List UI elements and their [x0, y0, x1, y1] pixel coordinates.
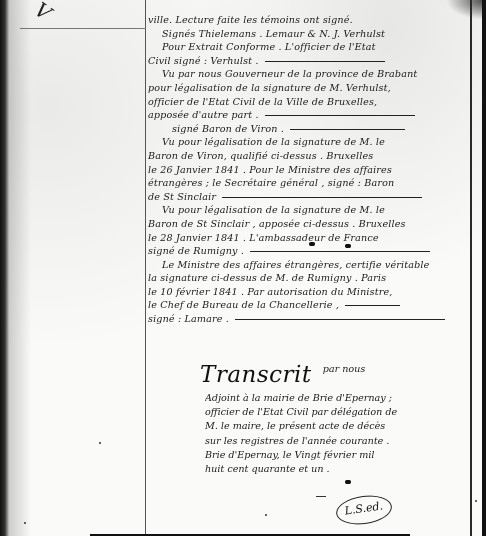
- text-line: apposée d'autre part .: [148, 109, 466, 123]
- text-line: Pour Extrait Conforme . L'officier de l'…: [148, 41, 466, 55]
- text-span: Civil signé : Verhulst .: [148, 56, 259, 67]
- text-line: de St Sinclair: [148, 191, 466, 205]
- line-filler: [345, 305, 400, 306]
- transcription-heading: Transcrit: [200, 362, 312, 388]
- line-filler: [290, 129, 405, 130]
- text-line: la signature ci-dessus de M. de Rumigny …: [148, 272, 466, 286]
- transcription-heading-row: Transcrit par nous: [200, 362, 470, 392]
- text-line: officier de l'Etat Civil de la Ville de …: [148, 96, 466, 110]
- text-line: étrangères ; le Secrétaire général , sig…: [148, 177, 466, 191]
- text-line: sur les registres de l'année courante .: [205, 435, 475, 449]
- speck: [475, 500, 477, 502]
- document-page: V ville. Lecture faite les témoins ont s…: [0, 0, 486, 536]
- text-line: huit cent quarante et un .: [205, 463, 475, 477]
- text-span: de St Sinclair: [148, 192, 216, 203]
- text-line: Baron de St Sinclair , apposée ci-dessus…: [148, 218, 466, 232]
- text-line: Signés Thielemans . Lemaur & N. J. Verhu…: [148, 28, 466, 42]
- paraph-stamp: L.S.ed.: [334, 492, 393, 528]
- speck: [265, 514, 267, 516]
- line-filler: [235, 319, 445, 320]
- text-line: officier de l'Etat Civil par délégation …: [205, 406, 475, 420]
- text-line: Baron de Viron, qualifié ci-dessus . Bru…: [148, 150, 466, 164]
- transcription-text: Adjoint à la mairie de Brie d'Epernay ; …: [205, 392, 475, 477]
- text-line: Civil signé : Verhulst .: [148, 55, 466, 69]
- ink-blot: [309, 242, 315, 246]
- text-span: signé de Rumigny .: [148, 246, 244, 257]
- text-line: signé de Rumigny .: [148, 245, 466, 259]
- text-line: Vu par nous Gouverneur de la province de…: [148, 68, 466, 82]
- ink-blot: [345, 244, 351, 248]
- transcription-heading-tail: par nous: [323, 364, 366, 375]
- text-span: apposée d'autre part .: [148, 110, 259, 121]
- text-span: le Chef de Bureau de la Chancellerie ,: [148, 300, 339, 311]
- text-line: Adjoint à la mairie de Brie d'Epernay ;: [205, 392, 475, 406]
- text-span: signé : Lamare .: [148, 314, 229, 325]
- text-line: pour légalisation de la signature de M. …: [148, 82, 466, 96]
- text-line: le 10 février 1841 . Par autorisation du…: [148, 286, 466, 300]
- register-entry-text: ville. Lecture faite les témoins ont sig…: [148, 14, 466, 327]
- speck: [24, 522, 26, 524]
- text-line: signé : Lamare .: [148, 313, 466, 327]
- scan-left-speckle: [9, 0, 31, 536]
- line-filler: [250, 251, 430, 252]
- text-line: Vu pour légalisation de la signature de …: [148, 204, 466, 218]
- text-line: le 26 Janvier 1841 . Pour le Ministre de…: [148, 164, 466, 178]
- line-filler: [265, 115, 415, 116]
- line-filler: [265, 61, 385, 62]
- text-line: le Chef de Bureau de la Chancellerie ,: [148, 299, 466, 313]
- margin-rule: [145, 0, 146, 536]
- speck: [99, 442, 101, 444]
- text-line: Vu pour légalisation de la signature de …: [148, 136, 466, 150]
- text-line: signé Baron de Viron .: [148, 123, 466, 137]
- text-line: Le Ministre des affaires étrangères, cer…: [148, 259, 466, 273]
- line-filler: [222, 197, 422, 198]
- text-line: M. le maire, le présent acte de décès: [205, 420, 475, 434]
- ink-blot: [345, 480, 351, 484]
- text-line: Brie d'Epernay, le Vingt février mil: [205, 449, 475, 463]
- text-line: le 28 Janvier 1841 . L'ambassadeur de Fr…: [148, 232, 466, 246]
- scan-right-edge: [482, 0, 486, 536]
- dash-mark: [316, 496, 326, 497]
- text-span: signé Baron de Viron .: [172, 124, 284, 135]
- scan-left-shadow: [0, 0, 9, 536]
- text-line: ville. Lecture faite les témoins ont sig…: [148, 14, 466, 28]
